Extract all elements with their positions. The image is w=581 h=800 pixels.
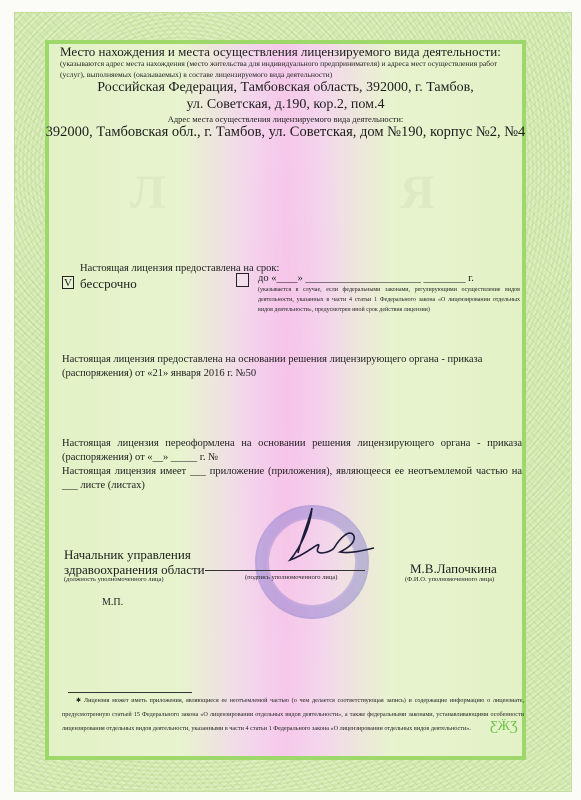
pink-watermark [230, 40, 350, 760]
until-date-checkbox[interactable] [236, 273, 249, 287]
activity-address: 392000, Тамбовская обл., г. Тамбов, ул. … [45, 124, 526, 141]
signature-caption: (подпись уполномоченного лица) [245, 573, 337, 583]
unlimited-checkbox[interactable]: V [62, 276, 74, 289]
name-caption: (Ф.И.О. уполномоченного лица) [405, 575, 494, 585]
footnote-rule [68, 692, 192, 693]
position-caption: (должность уполномоченного лица) [64, 575, 164, 585]
appendix-info: Настоящая лицензия имеет ___ приложение … [62, 465, 522, 493]
footnote-text: Лицензия может иметь приложения, являющи… [62, 697, 524, 732]
license-basis: Настоящая лицензия предоставлена на осно… [62, 353, 522, 381]
seal-label: М.П. [102, 597, 123, 608]
legal-address-line1: Российская Федерация, Тамбовская область… [45, 80, 526, 96]
signature-line [205, 570, 365, 571]
watermark-letter: Л [130, 165, 166, 220]
footnote-marker: ✱ [76, 697, 81, 704]
until-date-field: до «____» ______________________ _______… [258, 272, 474, 286]
footnote: ✱ Лицензия может иметь приложения, являю… [62, 694, 524, 736]
location-note-line2: (услуг), выполняемых (оказываемых) в сос… [60, 69, 332, 80]
signature [270, 498, 380, 568]
location-note-line1: (указываются адрес места нахождения (мес… [60, 58, 530, 69]
legal-address-line2: ул. Советская, д.190, кор.2, пом.4 [45, 97, 526, 113]
watermark-letter: Я [400, 165, 435, 220]
unlimited-label: бессрочно [80, 276, 137, 292]
term-label: Настоящая лицензия предоставлена на срок… [80, 262, 279, 276]
signatory-position-line1: Начальник управления [64, 547, 191, 563]
corner-ornament-icon: ƸӜƷ [490, 722, 518, 732]
reissue-basis: Настоящая лицензия переоформлена на осно… [62, 437, 522, 465]
until-date-note: (указывается в случае, если федеральными… [258, 285, 520, 315]
